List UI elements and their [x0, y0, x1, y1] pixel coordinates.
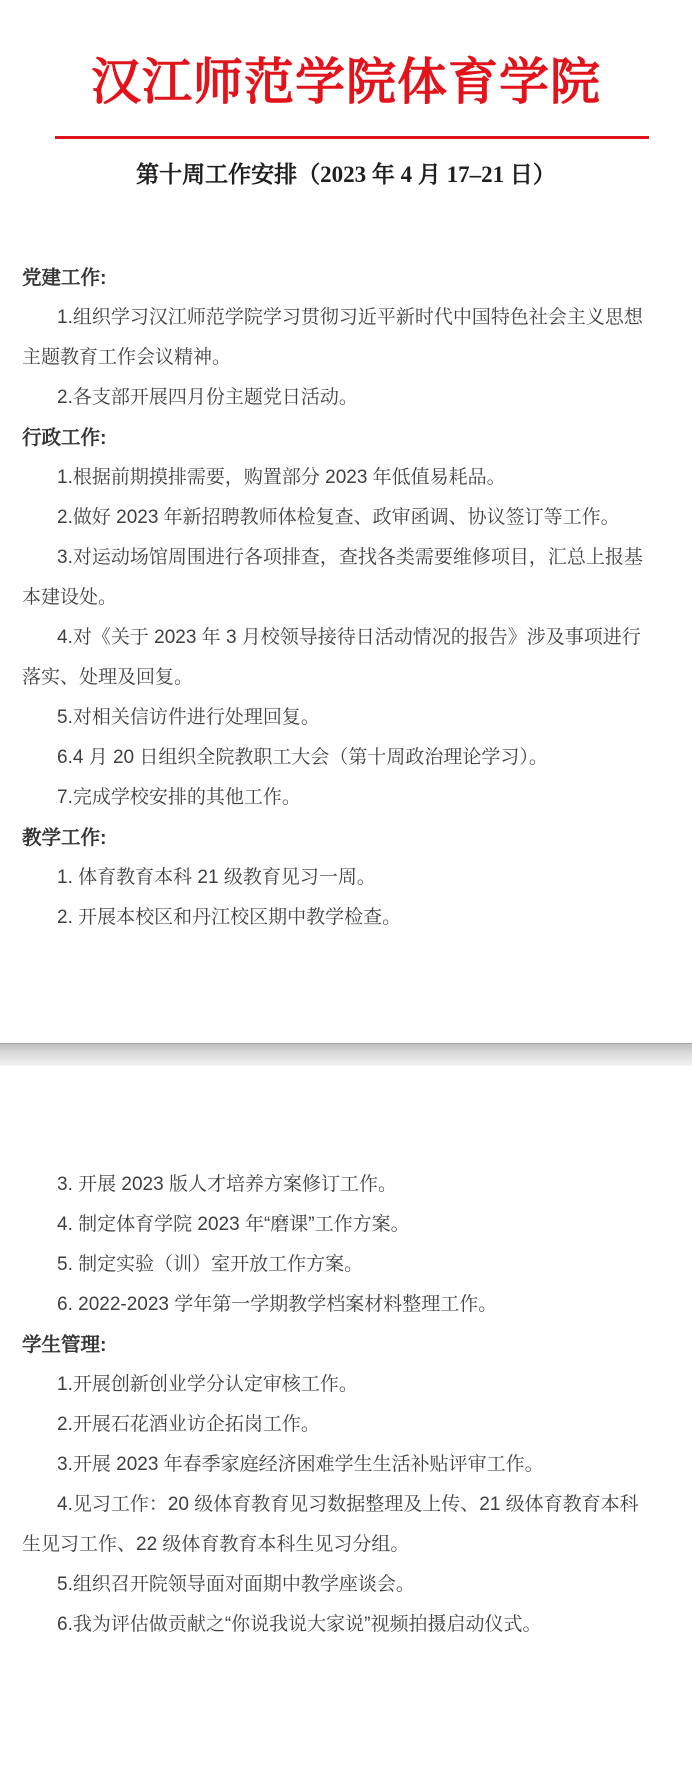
doc-line-item: 3.对运动场馆周围进行各项排查，查找各类需要维修项目，汇总上报基 [0, 538, 692, 578]
doc-line-cont: 落实、处理及回复。 [0, 658, 692, 698]
doc-line-item: 2. 开展本校区和丹江校区期中教学检查。 [0, 898, 692, 938]
doc-line-item: 6. 2022-2023 学年第一学期教学档案材料整理工作。 [0, 1285, 692, 1325]
doc-line-item: 3. 开展 2023 版人才培养方案修订工作。 [0, 1165, 692, 1205]
doc-line-item: 6.4 月 20 日组织全院教职工大会（第十周政治理论学习）。 [0, 738, 692, 778]
doc-line-item: 2.做好 2023 年新招聘教师体检复查、政审函调、协议签订等工作。 [0, 498, 692, 538]
doc-line-heading: 行政工作: [0, 418, 692, 458]
doc-line-item: 1.组织学习汉江师范学院学习贯彻习近平新时代中国特色社会主义思想 [0, 298, 692, 338]
page-title: 第十周工作安排（2023 年 4 月 17–21 日） [0, 156, 692, 189]
page-break-divider [0, 1043, 692, 1066]
doc-line-heading: 教学工作: [0, 818, 692, 858]
doc-line-cont: 主题教育工作会议精神。 [0, 338, 692, 378]
doc-line-item: 2.开展石花酒业访企拓岗工作。 [0, 1405, 692, 1445]
doc-line-item: 1.开展创新创业学分认定审核工作。 [0, 1365, 692, 1405]
doc-line-item: 1. 体育教育本科 21 级教育见习一周。 [0, 858, 692, 898]
document-view: 汉江师范学院体育学院 第十周工作安排（2023 年 4 月 17–21 日） 党… [0, 0, 692, 1775]
doc-line-item: 4.见习工作：20 级体育教育见习数据整理及上传、21 级体育教育本科 [0, 1485, 692, 1525]
doc-line-item: 2.各支部开展四月份主题党日活动。 [0, 378, 692, 418]
school-title: 汉江师范学院体育学院 [0, 42, 692, 114]
doc-line-item: 3.开展 2023 年春季家庭经济困难学生生活补贴评审工作。 [0, 1445, 692, 1485]
doc-line-item: 4.对《关于 2023 年 3 月校领导接待日活动情况的报告》涉及事项进行 [0, 618, 692, 658]
doc-line-item: 5. 制定实验（训）室开放工作方案。 [0, 1245, 692, 1285]
page-2-content: 3. 开展 2023 版人才培养方案修订工作。4. 制定体育学院 2023 年“… [0, 1165, 692, 1645]
doc-line-heading: 党建工作: [0, 258, 692, 298]
doc-line-item: 1.根据前期摸排需要，购置部分 2023 年低值易耗品。 [0, 458, 692, 498]
page-1-content: 党建工作:1.组织学习汉江师范学院学习贯彻习近平新时代中国特色社会主义思想主题教… [0, 258, 692, 938]
doc-line-cont: 生见习工作、22 级体育教育本科生见习分组。 [0, 1525, 692, 1565]
doc-line-heading: 学生管理: [0, 1325, 692, 1365]
doc-line-cont: 本建设处。 [0, 578, 692, 618]
doc-line-item: 7.完成学校安排的其他工作。 [0, 778, 692, 818]
header-rule-divider [55, 136, 649, 139]
doc-line-item: 6.我为评估做贡献之“你说我说大家说”视频拍摄启动仪式。 [0, 1605, 692, 1645]
doc-line-item: 4. 制定体育学院 2023 年“磨课”工作方案。 [0, 1205, 692, 1245]
doc-line-item: 5.对相关信访件进行处理回复。 [0, 698, 692, 738]
doc-line-item: 5.组织召开院领导面对面期中教学座谈会。 [0, 1565, 692, 1605]
